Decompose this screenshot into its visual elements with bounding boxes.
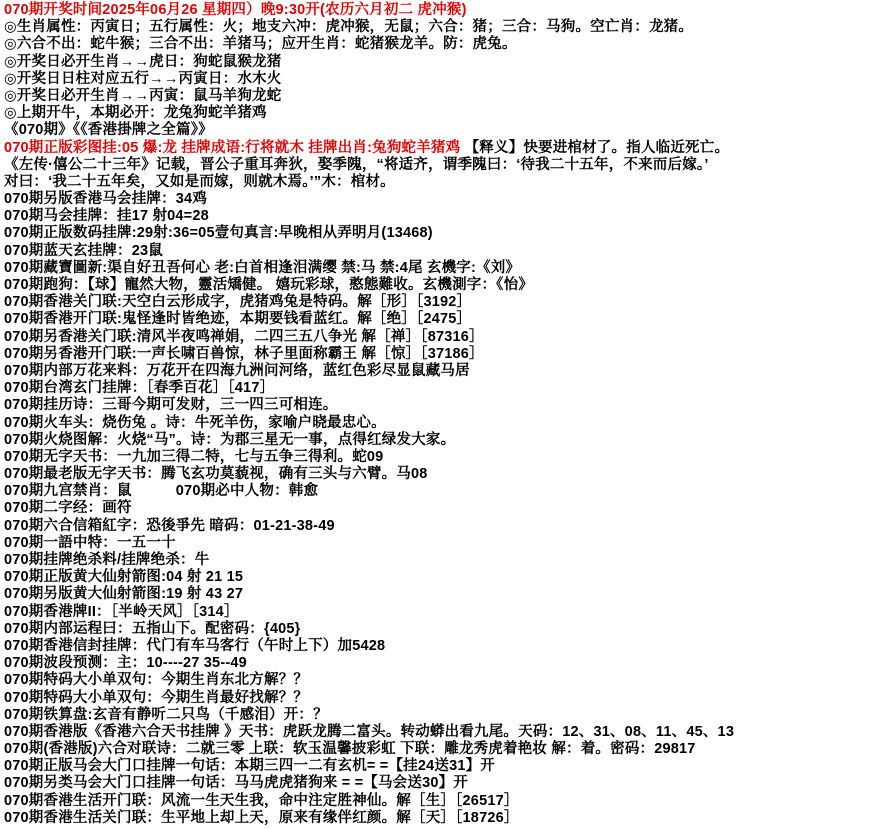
text-segment: 070期另版黄大仙射箭图:19 射 43 27 [4,586,243,602]
text-segment: 070期(香港版)六合对联诗：二就三零 上联：软玉温馨披彩虹 下联：雕龙秀虎着艳… [4,741,696,757]
text-line: 070期挂牌绝杀料/挂牌绝杀：牛 [4,552,880,569]
text-line: 070期无字天书：一九加三得二特，七与五争三得利。蛇09 [4,449,880,466]
text-line: 070期六合信箱紅字：恐後爭先 暗码：01-21-38-49 [4,518,880,535]
text-segment: 070期九宫禁肖：鼠 070期必中人物：韩愈 [4,483,318,499]
text-segment: 070期香港开门联:鬼怪逢时皆绝迹，本期要钱看蓝红。解［绝］［2475］ [4,311,471,327]
text-line: 070期香港关门联:天空白云形成字，虎猪鸡兔是特码。解［形］［3192］ [4,294,880,311]
text-segment: 【释义】快要进棺材了。指人临近死亡。 [465,140,730,156]
text-segment: 070期最老版无字天书：腾飞玄功莫藐视，确有三头与六臂。马08 [4,466,428,482]
text-segment: 070期火烧图解：火烧“马”。诗：为郡三星无一事，点得红绿发大家。 [4,432,455,448]
text-segment: 070期二字经：画符 [4,500,132,516]
text-segment: 070期正版黄大仙射箭图:04 射 21 15 [4,569,243,585]
text-line: 070期香港版《香港六合天书挂牌 》天书：虎跃龙腾二富头。转动蟒出看九尾。天码：… [4,724,880,741]
text-segment: 070期内部万花来料：万花开在四海九洲问河络，蓝红色彩尽显鼠藏马居 [4,363,470,379]
text-line: 070期火烧图解：火烧“马”。诗：为郡三星无一事，点得红绿发大家。 [4,432,880,449]
text-segment: 070期另香港开门联:一声长啸百兽惊，林子里面称霸王 解［惊］［37186］ [4,346,484,362]
text-line: 070期另版黄大仙射箭图:19 射 43 27 [4,586,880,603]
text-segment: 070期香港生活开门联：风流一生天生我，命中注定胜神仙。解［生］［26517］ [4,793,519,809]
text-line: ◎开奖日必开生肖→→丙寅：鼠马羊狗龙蛇 [4,88,880,105]
text-segment: 070期无字天书：一九加三得二特，七与五争三得利。蛇09 [4,449,383,465]
text-line: 070期蓝天玄挂牌：23鼠 [4,243,880,260]
text-segment: 070期铁算盘:玄音有静听二只鸟（千感泪）开：？ [4,707,328,723]
text-line: 070期藏寶圖新:渠自好丑吾何心 老:白首相逢泪满缨 禁:马 禁:4尾 玄機字:… [4,260,880,277]
text-line: 070期另香港开门联:一声长啸百兽惊，林子里面称霸王 解［惊］［37186］ [4,346,880,363]
text-segment: ◎上期开牛，本期必开：龙兔狗蛇羊猪鸡 [4,105,267,121]
text-line: 对曰：‘我二十五年矣，又如是而嫁，则就木焉。’”木：棺材。 [4,174,880,191]
text-line: 070期最老版无字天书：腾飞玄功莫藐视，确有三头与六臂。马08 [4,466,880,483]
text-segment: 070期挂牌绝杀料/挂牌绝杀：牛 [4,552,209,568]
text-line: 070期挂历诗：三哥今期可发财，三一四三可相连。 [4,397,880,414]
text-segment: 070期特码大小单双句：今期生肖东北方解？？ [4,672,308,688]
text-segment: 《070期》《《香港掛牌之全篇》》 [4,122,213,138]
text-line: 070期一語中特：一五一十 [4,535,880,552]
text-segment: 070期特码大小单双句：今期生肖最好找解？？ [4,690,308,706]
text-line: 070期波段预测：主：10----27 35--49 [4,655,880,672]
text-segment: 070期藏寶圖新:渠自好丑吾何心 老:白首相逢泪满缨 禁:马 禁:4尾 玄機字:… [4,260,520,276]
text-line: 070期特码大小单双句：今期生肖最好找解？？ [4,690,880,707]
text-line: 070期香港牌II：［半岭天风］［314］ [4,604,880,621]
text-line: 070期二字经：画符 [4,500,880,517]
text-segment: ◎开奖日日柱对应五行→→丙寅日：水木火 [4,71,281,87]
text-segment: 070期香港关门联:天空白云形成字，虎猪鸡兔是特码。解［形］［3192］ [4,294,471,310]
text-segment: 070期火车头：烧伤兔 。诗：牛死羊伤，家喻户晓最忠心。 [4,415,386,431]
text-segment: 070期挂历诗：三哥今期可发财，三一四三可相连。 [4,397,338,413]
text-segment: 070期另类马会大门口挂牌一句话：马马虎虎猪狗来 = =【马会送30】开 [4,775,468,791]
text-line: 070期开奖时间2025年06月26 星期四）晚9:30开(农历六月初二 虎冲猴… [4,2,880,19]
text-lines: 070期开奖时间2025年06月26 星期四）晚9:30开(农历六月初二 虎冲猴… [4,2,880,827]
text-line: 070期内部运程曰：五指山下。配密码：{405} [4,621,880,638]
text-line: 070期香港生活关门联：生平地上却上天，原来有缘伴红颜。解［天］［18726］ [4,810,880,827]
text-line: ◎开奖日必开生肖→→虎日：狗蛇鼠猴龙猪 [4,54,880,71]
text-segment: 070期正版马会大门口挂牌一句话：本期三四一二有玄机= =【挂24送31】开 [4,758,495,774]
text-segment: 070期正版彩图挂:05 爆:龙 挂牌成语:行将就木 挂牌出肖:兔狗蛇羊猪鸡 [4,140,465,156]
text-line: 070期内部万花来料：万花开在四海九洲问河络，蓝红色彩尽显鼠藏马居 [4,363,880,380]
text-segment: 070期香港生活关门联：生平地上却上天，原来有缘伴红颜。解［天］［18726］ [4,810,519,826]
text-line: 070期(香港版)六合对联诗：二就三零 上联：软玉温馨披彩虹 下联：雕龙秀虎着艳… [4,741,880,758]
text-segment: ◎六合不出：蛇牛猴；三合不出：羊猪马；应开生肖：蛇猪猴龙羊。防：虎兔。 [4,36,517,52]
text-line: 070期另版香港马会挂牌：34鸡 [4,191,880,208]
text-line: 070期铁算盘:玄音有静听二只鸟（千感泪）开：？ [4,707,880,724]
text-line: 070期香港开门联:鬼怪逢时皆绝迹，本期要钱看蓝红。解［绝］［2475］ [4,311,880,328]
text-line: ◎生肖属性：丙寅日；五行属性：火；地支六冲：虎冲猴，无鼠；六合：猪；三合：马狗。… [4,19,880,36]
text-segment: 070期香港版《香港六合天书挂牌 》天书：虎跃龙腾二富头。转动蟒出看九尾。天码：… [4,724,734,740]
lottery-tips-page: 070期开奖时间2025年06月26 星期四）晚9:30开(农历六月初二 虎冲猴… [0,0,880,827]
text-line: 070期九宫禁肖：鼠 070期必中人物：韩愈 [4,483,880,500]
text-line: 070期正版马会大门口挂牌一句话：本期三四一二有玄机= =【挂24送31】开 [4,758,880,775]
text-segment: 070期内部运程曰：五指山下。配密码：{405} [4,621,300,637]
text-segment: 070期马会挂牌：挂17 射04=28 [4,208,209,224]
text-line: 《070期》《《香港掛牌之全篇》》 [4,122,880,139]
text-line: 070期正版数码挂牌:29射:36=05壹句真言:早晚相从弄明月(13468) [4,225,880,242]
text-line: ◎六合不出：蛇牛猴；三合不出：羊猪马；应开生肖：蛇猪猴龙羊。防：虎兔。 [4,36,880,53]
text-segment: 070期开奖时间2025年06月26 星期四）晚9:30开(农历六月初二 虎冲猴… [4,2,467,18]
text-line: 070期火车头：烧伤兔 。诗：牛死羊伤，家喻户晓最忠心。 [4,415,880,432]
text-segment: 070期蓝天玄挂牌：23鼠 [4,243,163,259]
text-line: ◎开奖日日柱对应五行→→丙寅日：水木火 [4,71,880,88]
text-segment: 《左传·僖公二十三年》记载，晋公子重耳奔狄，娶季隗，“将适齐，谓季隗曰：‘待我二… [4,157,709,173]
text-segment: 对曰：‘我二十五年矣，又如是而嫁，则就木焉。’”木：棺材。 [4,174,395,190]
text-segment: 070期波段预测：主：10----27 35--49 [4,655,247,671]
text-segment: 070期跑狗：【球】寵然大物，靈活矯健。 嬉玩彩球，憨態難收。玄機測字：《怡》 [4,277,533,293]
text-line: 070期正版彩图挂:05 爆:龙 挂牌成语:行将就木 挂牌出肖:兔狗蛇羊猪鸡 【… [4,140,880,157]
text-line: 070期另类马会大门口挂牌一句话：马马虎虎猪狗来 = =【马会送30】开 [4,775,880,792]
text-segment: ◎生肖属性：丙寅日；五行属性：火；地支六冲：虎冲猴，无鼠；六合：猪；三合：马狗。… [4,19,693,35]
text-segment: 070期另版香港马会挂牌：34鸡 [4,191,207,207]
text-line: 070期另香港关门联:清风半夜鸣禅娟，二四三五八争光 解［禅］［87316］ [4,329,880,346]
text-line: 070期马会挂牌：挂17 射04=28 [4,208,880,225]
text-segment: 070期香港牌II：［半岭天风］［314］ [4,604,239,620]
text-segment: 070期正版数码挂牌:29射:36=05壹句真言:早晚相从弄明月(13468) [4,225,433,241]
text-line: 070期正版黄大仙射箭图:04 射 21 15 [4,569,880,586]
text-segment: 070期另香港关门联:清风半夜鸣禅娟，二四三五八争光 解［禅］［87316］ [4,329,484,345]
text-line: ◎上期开牛，本期必开：龙兔狗蛇羊猪鸡 [4,105,880,122]
text-segment: ◎开奖日必开生肖→→虎日：狗蛇鼠猴龙猪 [4,54,281,70]
text-line: 070期香港生活开门联：风流一生天生我，命中注定胜神仙。解［生］［26517］ [4,793,880,810]
text-line: 070期特码大小单双句：今期生肖东北方解？？ [4,672,880,689]
text-segment: 070期香港信封挂牌：代门有车马客行（午时上下）加5428 [4,638,385,654]
text-segment: 070期一語中特：一五一十 [4,535,176,551]
text-segment: ◎开奖日必开生肖→→丙寅：鼠马羊狗龙蛇 [4,88,281,104]
text-line: 070期香港信封挂牌：代门有车马客行（午时上下）加5428 [4,638,880,655]
text-line: 《左传·僖公二十三年》记载，晋公子重耳奔狄，娶季隗，“将适齐，谓季隗曰：‘待我二… [4,157,880,174]
text-segment: 070期六合信箱紅字：恐後爭先 暗码：01-21-38-49 [4,518,335,534]
text-line: 070期台湾玄门挂牌：［春季百花］［417］ [4,380,880,397]
text-line: 070期跑狗：【球】寵然大物，靈活矯健。 嬉玩彩球，憨態難收。玄機測字：《怡》 [4,277,880,294]
text-segment: 070期台湾玄门挂牌：［春季百花］［417］ [4,380,274,396]
